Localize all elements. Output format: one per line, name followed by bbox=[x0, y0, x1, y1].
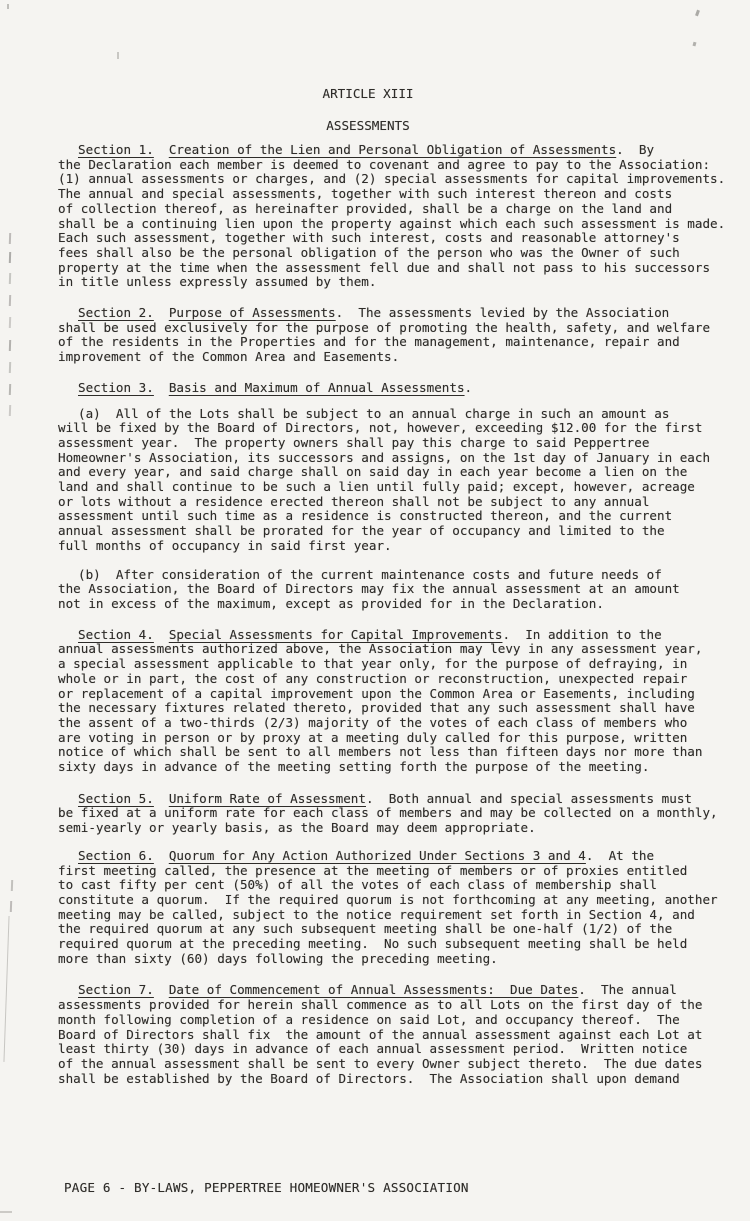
section-3b-body: (b) After consideration of the current m… bbox=[58, 567, 680, 611]
scan-speck bbox=[695, 10, 700, 17]
section-3-body: . bbox=[465, 380, 473, 395]
section-6-body: . At the first meeting called, the prese… bbox=[58, 848, 718, 966]
section-2-label: Section 2. bbox=[78, 305, 154, 320]
section-6-label: Section 6. bbox=[78, 848, 154, 863]
section-6-paragraph: Section 6.Quorum for Any Action Authoriz… bbox=[58, 849, 745, 967]
section-7-paragraph: Section 7.Date of Commencement of Annual… bbox=[58, 983, 745, 1086]
section-7-body: . The annual assessments provided for he… bbox=[58, 982, 702, 1085]
margin-mark bbox=[9, 233, 11, 244]
section-4-body: . In addition to the annual assessments … bbox=[58, 627, 702, 774]
scan-speck bbox=[7, 4, 9, 9]
section-3-label: Section 3. bbox=[78, 380, 154, 395]
section-4-label: Section 4. bbox=[78, 627, 154, 642]
section-3a-paragraph: (a) All of the Lots shall be subject to … bbox=[58, 407, 745, 554]
section-4-paragraph: Section 4.Special Assessments for Capita… bbox=[58, 628, 745, 775]
section-4-title: Special Assessments for Capital Improvem… bbox=[169, 627, 503, 642]
section-2-paragraph: Section 2.Purpose of Assessments. The as… bbox=[58, 306, 745, 365]
scan-speck bbox=[117, 52, 119, 59]
section-7-title: Date of Commencement of Annual Assessmen… bbox=[169, 982, 578, 997]
margin-mark bbox=[11, 880, 13, 891]
margin-mark bbox=[10, 901, 12, 912]
article-title: ARTICLE XIII bbox=[0, 87, 736, 102]
section-1-paragraph: Section 1.Creation of the Lien and Perso… bbox=[58, 143, 745, 290]
margin-mark bbox=[9, 405, 11, 416]
section-1-label: Section 1. bbox=[78, 142, 154, 157]
section-5-body: . Both annual and special assessments mu… bbox=[58, 791, 718, 835]
document-page: ARTICLE XIII ASSESSMENTS Section 1.Creat… bbox=[0, 0, 750, 1221]
section-3a-body: (a) All of the Lots shall be subject to … bbox=[58, 406, 710, 553]
document-headers: ARTICLE XIII ASSESSMENTS bbox=[0, 87, 736, 133]
section-3-heading: Section 3.Basis and Maximum of Annual As… bbox=[58, 381, 745, 396]
section-1-body: . By the Declaration each member is deem… bbox=[58, 142, 725, 289]
section-6-title: Quorum for Any Action Authorized Under S… bbox=[169, 848, 586, 863]
margin-mark bbox=[9, 384, 11, 395]
section-5-paragraph: Section 5.Uniform Rate of Assessment. Bo… bbox=[58, 792, 745, 836]
page-footer: PAGE 6 - BY-LAWS, PEPPERTREE HOMEOWNER'S… bbox=[64, 1181, 469, 1196]
margin-mark bbox=[9, 362, 11, 373]
scan-speck bbox=[693, 42, 696, 47]
section-1-title: Creation of the Lien and Personal Obliga… bbox=[169, 142, 616, 157]
margin-mark bbox=[9, 340, 11, 351]
document-body: Section 1.Creation of the Lien and Perso… bbox=[58, 143, 745, 1086]
section-7-label: Section 7. bbox=[78, 982, 154, 997]
margin-mark bbox=[9, 273, 11, 284]
section-2-body: . The assessments levied by the Associat… bbox=[58, 305, 710, 364]
section-5-label: Section 5. bbox=[78, 791, 154, 806]
margin-mark bbox=[9, 295, 11, 306]
article-subtitle: ASSESSMENTS bbox=[0, 119, 736, 134]
margin-mark bbox=[9, 252, 11, 263]
section-5-title: Uniform Rate of Assessment bbox=[169, 791, 366, 806]
section-2-title: Purpose of Assessments bbox=[169, 305, 336, 320]
margin-mark bbox=[9, 317, 11, 328]
scan-line bbox=[3, 916, 9, 1062]
section-3-title: Basis and Maximum of Annual Assessments bbox=[169, 380, 465, 395]
section-3b-paragraph: (b) After consideration of the current m… bbox=[58, 568, 745, 612]
scan-speck bbox=[0, 1211, 12, 1213]
